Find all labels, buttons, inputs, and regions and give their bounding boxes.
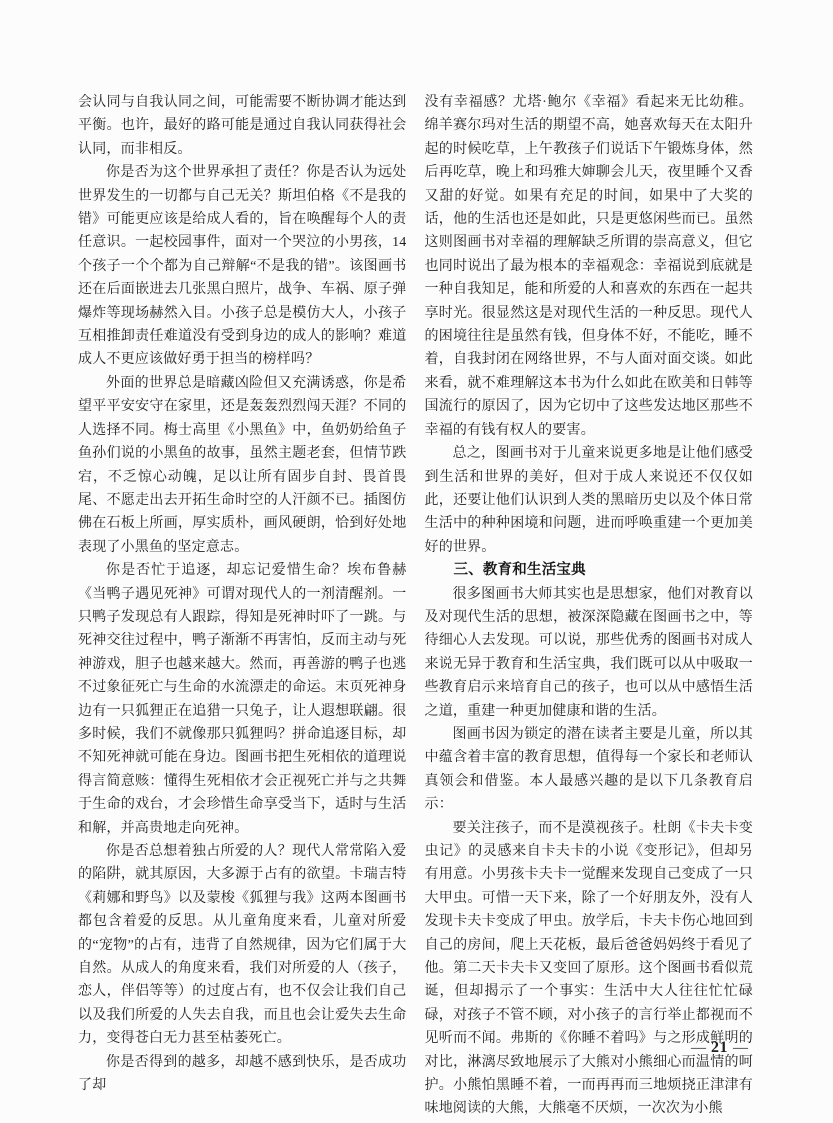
page-number-left-dash: — — [691, 1040, 706, 1056]
left-column: 会认同与自我认同之间，可能需要不断协调才能达到平衡。也许，最好的路可能是通过自我… — [78, 91, 407, 1121]
paragraph: 没有幸福感？尤塔·鲍尔《幸福》看起来无比幼稚。绵羊赛尔玛对生活的期望不高，她喜欢… — [425, 91, 754, 442]
document-page: 会认同与自我认同之间，可能需要不断协调才能达到平衡。也许，最好的路可能是通过自我… — [0, 0, 833, 1123]
paragraph: 图画书因为锁定的潜在读者主要是儿童，所以其中蕴含着丰富的教育思想，值得每一个家长… — [425, 723, 754, 817]
paragraph: 外面的世界总是暗藏凶险但又充满诱惑，你是希望平平安安守在家里，还是轰轰烈烈闯天涯… — [78, 372, 407, 559]
paragraph: 总之，图画书对于儿童来说更多地是让他们感受到生活和世界的美好，但对于成人来说还不… — [425, 442, 754, 559]
paragraph: 很多图画书大师其实也是思想家，他们对教育以及对现代生活的思想，被深深隐藏在图画书… — [425, 583, 754, 723]
page-number-value: 21 — [711, 1039, 728, 1056]
right-column: 没有幸福感？尤塔·鲍尔《幸福》看起来无比幼稚。绵羊赛尔玛对生活的期望不高，她喜欢… — [425, 91, 754, 1121]
paragraph: 会认同与自我认同之间，可能需要不断协调才能达到平衡。也许，最好的路可能是通过自我… — [78, 91, 407, 161]
text-columns: 会认同与自我认同之间，可能需要不断协调才能达到平衡。也许，最好的路可能是通过自我… — [78, 91, 753, 1121]
paragraph: 要关注孩子，而不是漠视孩子。杜朗《卡夫卡变虫记》的灵感来自卡夫卡的小说《变形记》… — [425, 817, 754, 1121]
section-heading: 三、教育和生活宝典 — [425, 559, 754, 582]
paragraph: 你是否得到的越多，却越不感到快乐，是否成功了却 — [78, 1051, 407, 1098]
paragraph: 你是否总想着独占所爱的人？现代人常常陷入爱的陷阱，就其原因，大多源于占有的欲望。… — [78, 840, 407, 1051]
paragraph: 你是否忙于追逐，却忘记爱惜生命？埃布鲁赫《当鸭子遇见死神》可谓对现代人的一剂清醒… — [78, 559, 407, 840]
page-number-right-dash: — — [733, 1040, 748, 1056]
paragraph: 你是否为这个世界承担了责任？你是否认为远处世界发生的一切都与自己无关？斯坦伯格《… — [78, 161, 407, 372]
page-number: —21— — [686, 1036, 753, 1060]
